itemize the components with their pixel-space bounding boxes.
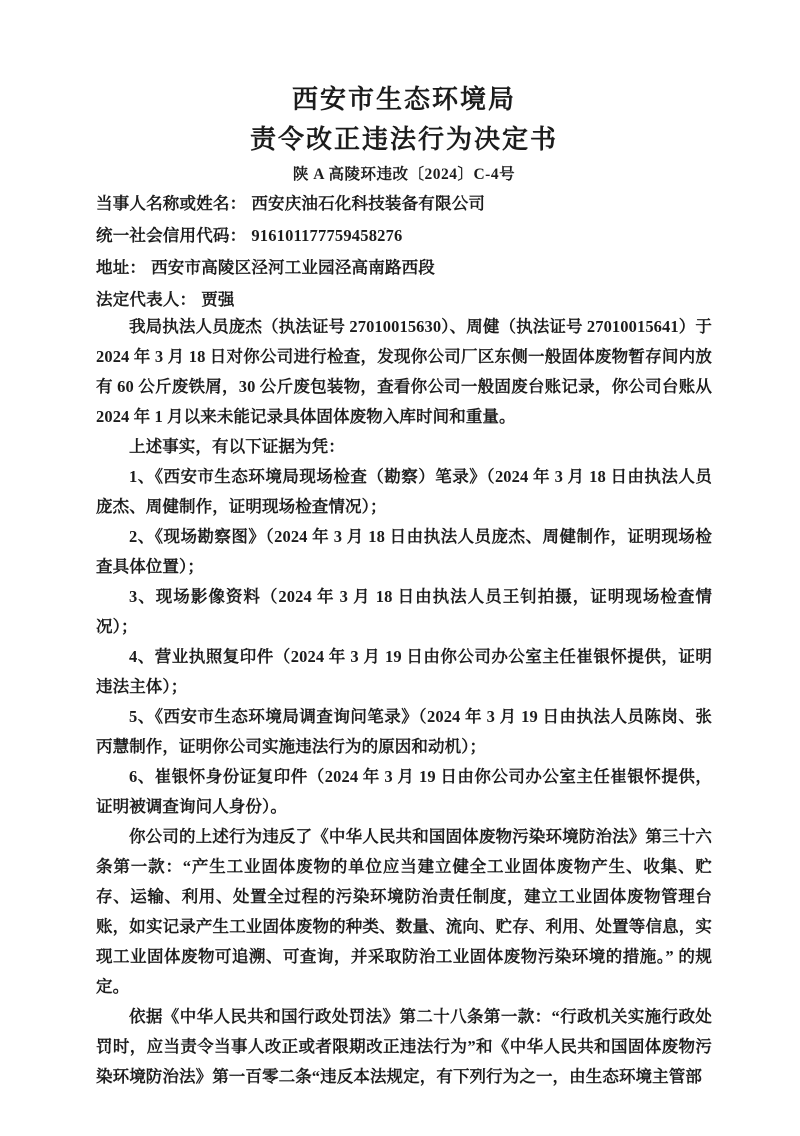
paragraph-inspection-findings: 我局执法人员庞杰（执法证号 27010015630）、周健（执法证号 27010… xyxy=(96,312,712,432)
field-label: 地址： xyxy=(96,258,146,277)
field-credit-code: 统一社会信用代码：916101177759458276 xyxy=(96,220,712,252)
field-address: 地址：西安市高陵区泾河工业园泾高南路西段 xyxy=(96,252,712,284)
paragraph-evidence-item-2: 2、《现场勘察图》（2024 年 3 月 18 日由执法人员庞杰、周健制作，证明… xyxy=(96,522,712,582)
document-body: 我局执法人员庞杰（执法证号 27010015630）、周健（执法证号 27010… xyxy=(96,312,712,1092)
field-label: 统一社会信用代码： xyxy=(96,226,246,245)
field-party-name: 当事人名称或姓名：西安庆油石化科技装备有限公司 xyxy=(96,188,712,220)
paragraph-legal-basis: 依据《中华人民共和国行政处罚法》第二十八条第一款：“行政机关实施行政处罚时，应当… xyxy=(96,1002,712,1092)
document-title-line2: 责令改正违法行为决定书 xyxy=(96,120,712,160)
paragraph-evidence-item-6: 6、崔银怀身份证复印件（2024 年 3 月 19 日由你公司办公室主任崔银怀提… xyxy=(96,762,712,822)
field-value: 西安庆油石化科技装备有限公司 xyxy=(251,194,485,213)
paragraph-evidence-intro: 上述事实，有以下证据为凭： xyxy=(96,432,712,462)
paragraph-evidence-item-3: 3、现场影像资料（2024 年 3 月 18 日由执法人员王钊拍摄，证明现场检查… xyxy=(96,582,712,642)
field-value: 贾强 xyxy=(201,290,234,309)
party-info-section: 当事人名称或姓名：西安庆油石化科技装备有限公司 统一社会信用代码：9161011… xyxy=(96,188,712,316)
field-label: 当事人名称或姓名： xyxy=(96,194,246,213)
document-number: 陕 A 高陵环违改〔2024〕C-4号 xyxy=(96,162,712,188)
paragraph-violation-basis: 你公司的上述行为违反了《中华人民共和国固体废物污染环境防治法》第三十六条第一款：… xyxy=(96,822,712,1002)
paragraph-evidence-item-4: 4、营业执照复印件（2024 年 3 月 19 日由你公司办公室主任崔银怀提供，… xyxy=(96,642,712,702)
field-label: 法定代表人： xyxy=(96,290,196,309)
paragraph-evidence-item-1: 1、《西安市生态环境局现场检查（勘察）笔录》（2024 年 3 月 18 日由执… xyxy=(96,462,712,522)
paragraph-evidence-item-5: 5、《西安市生态环境局调查询问笔录》（2024 年 3 月 19 日由执法人员陈… xyxy=(96,702,712,762)
document-page: 西安市生态环境局 责令改正违法行为决定书 陕 A 高陵环违改〔2024〕C-4号… xyxy=(0,0,800,1136)
field-value: 916101177759458276 xyxy=(251,226,402,245)
document-title-line1: 西安市生态环境局 xyxy=(96,80,712,120)
field-value: 西安市高陵区泾河工业园泾高南路西段 xyxy=(151,258,435,277)
